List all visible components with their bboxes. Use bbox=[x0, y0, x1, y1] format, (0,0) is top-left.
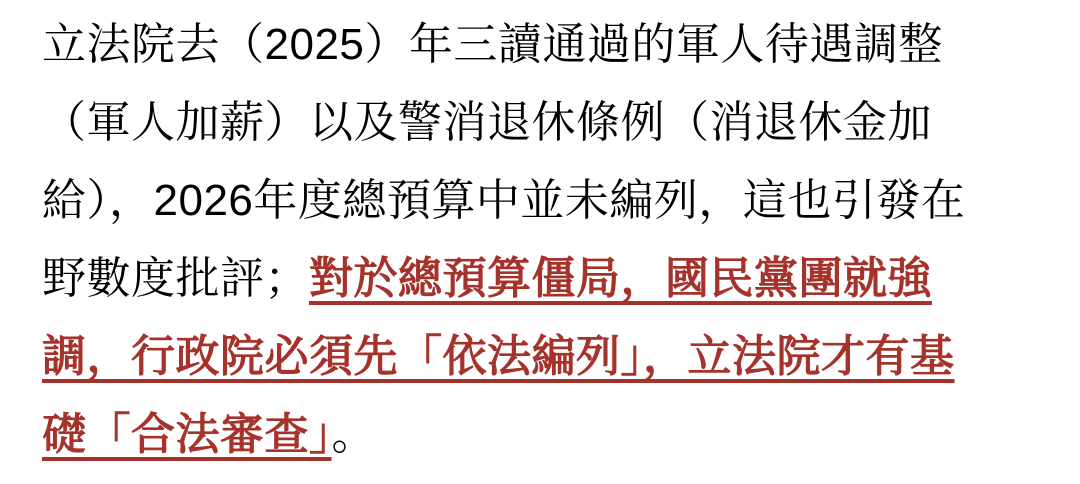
article-paragraph: 立法院去（2025）年三讀通過的軍人待遇調整 （軍人加薪）以及警消退休條例（消退… bbox=[0, 0, 1080, 474]
paragraph-tail-text: 。 bbox=[332, 410, 377, 459]
